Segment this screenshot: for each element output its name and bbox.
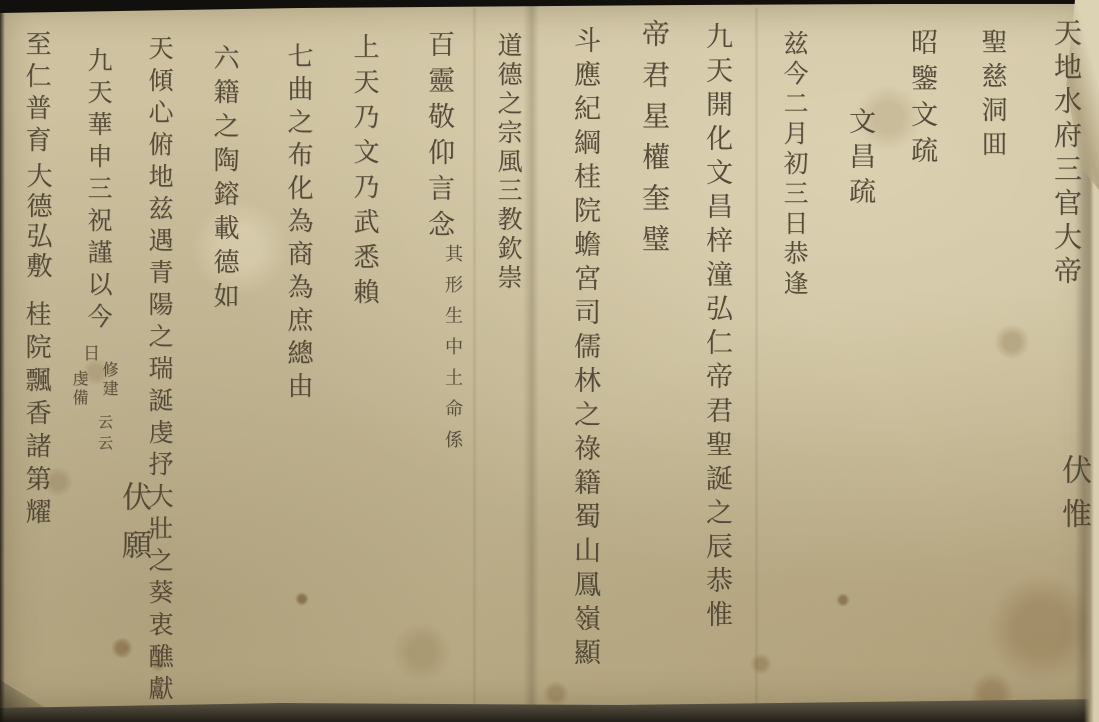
left-page: 道德之宗風三教欽崇 百靈敬仰言念 其形生中土命係 上天乃文乃武悉賴 七曲之布化為…	[0, 4, 530, 710]
text-column-bailing-smallnote: 其形生中土命係	[440, 244, 466, 461]
text-column-jiutian-huashen-main: 九天華申三祝謹以今	[79, 47, 115, 335]
text-column-fuyuan: 伏願	[111, 481, 155, 577]
right-page: 伏惟 天地水府三官大帝 聖慈洞囬 昭鑒文疏 文昌疏 兹今二月初三日恭逢 九天開化…	[530, 4, 1099, 710]
text-column-wenchang-title: 文昌疏	[841, 107, 880, 212]
text-column-smallnote-xiujian: 修建	[97, 361, 120, 399]
text-column-douying: 斗應紀綱桂院蟾宮司儒林之祿籍蜀山鳳嶺顯	[566, 26, 605, 672]
text-column-date: 兹今二月初三日恭逢	[775, 30, 811, 300]
text-column-shengci: 聖慈洞囬	[974, 28, 1011, 164]
text-column-jiutian-kaihua: 九天開化文昌梓潼弘仁帝君聖誕之辰恭惟	[698, 22, 737, 634]
text-column-qiqu: 七曲之布化為商為庶總由	[280, 42, 317, 405]
text-column-daode: 道德之宗風三教欽崇	[489, 32, 525, 293]
manuscript-photo: 伏惟 天地水府三官大帝 聖慈洞囬 昭鑒文疏 文昌疏 兹今二月初三日恭逢 九天開化…	[0, 0, 1099, 722]
text-column-zhaojian: 昭鑒文疏	[903, 28, 942, 172]
text-column-zhiren: 至仁普育	[18, 30, 55, 158]
text-column-tianqing: 天傾心俯地兹遇青陽之瑞誕虔抒大壯之葵衷醮獻	[140, 35, 176, 707]
text-column-fuwei: 伏惟	[1051, 454, 1095, 542]
text-column-liuji: 六籍之陶鎔載德如	[206, 44, 243, 316]
text-column-dade: 大德弘敷	[19, 162, 56, 282]
text-column-bailing-main: 百靈敬仰言念	[420, 30, 459, 246]
text-column-dijun: 帝君星權奎璧	[633, 19, 673, 265]
text-column-yunyun: 云云	[94, 414, 115, 456]
text-column-smallnote-qianbei: 虔備	[67, 370, 90, 408]
text-column-shangtian: 上天乃文乃武悉賴	[346, 33, 383, 313]
text-column-deity-sanguan: 天地水府三官大帝	[1045, 18, 1085, 290]
text-column-day-char: 日	[77, 344, 102, 361]
text-column-guiyuan: 桂院飄香諸第耀	[18, 300, 55, 531]
